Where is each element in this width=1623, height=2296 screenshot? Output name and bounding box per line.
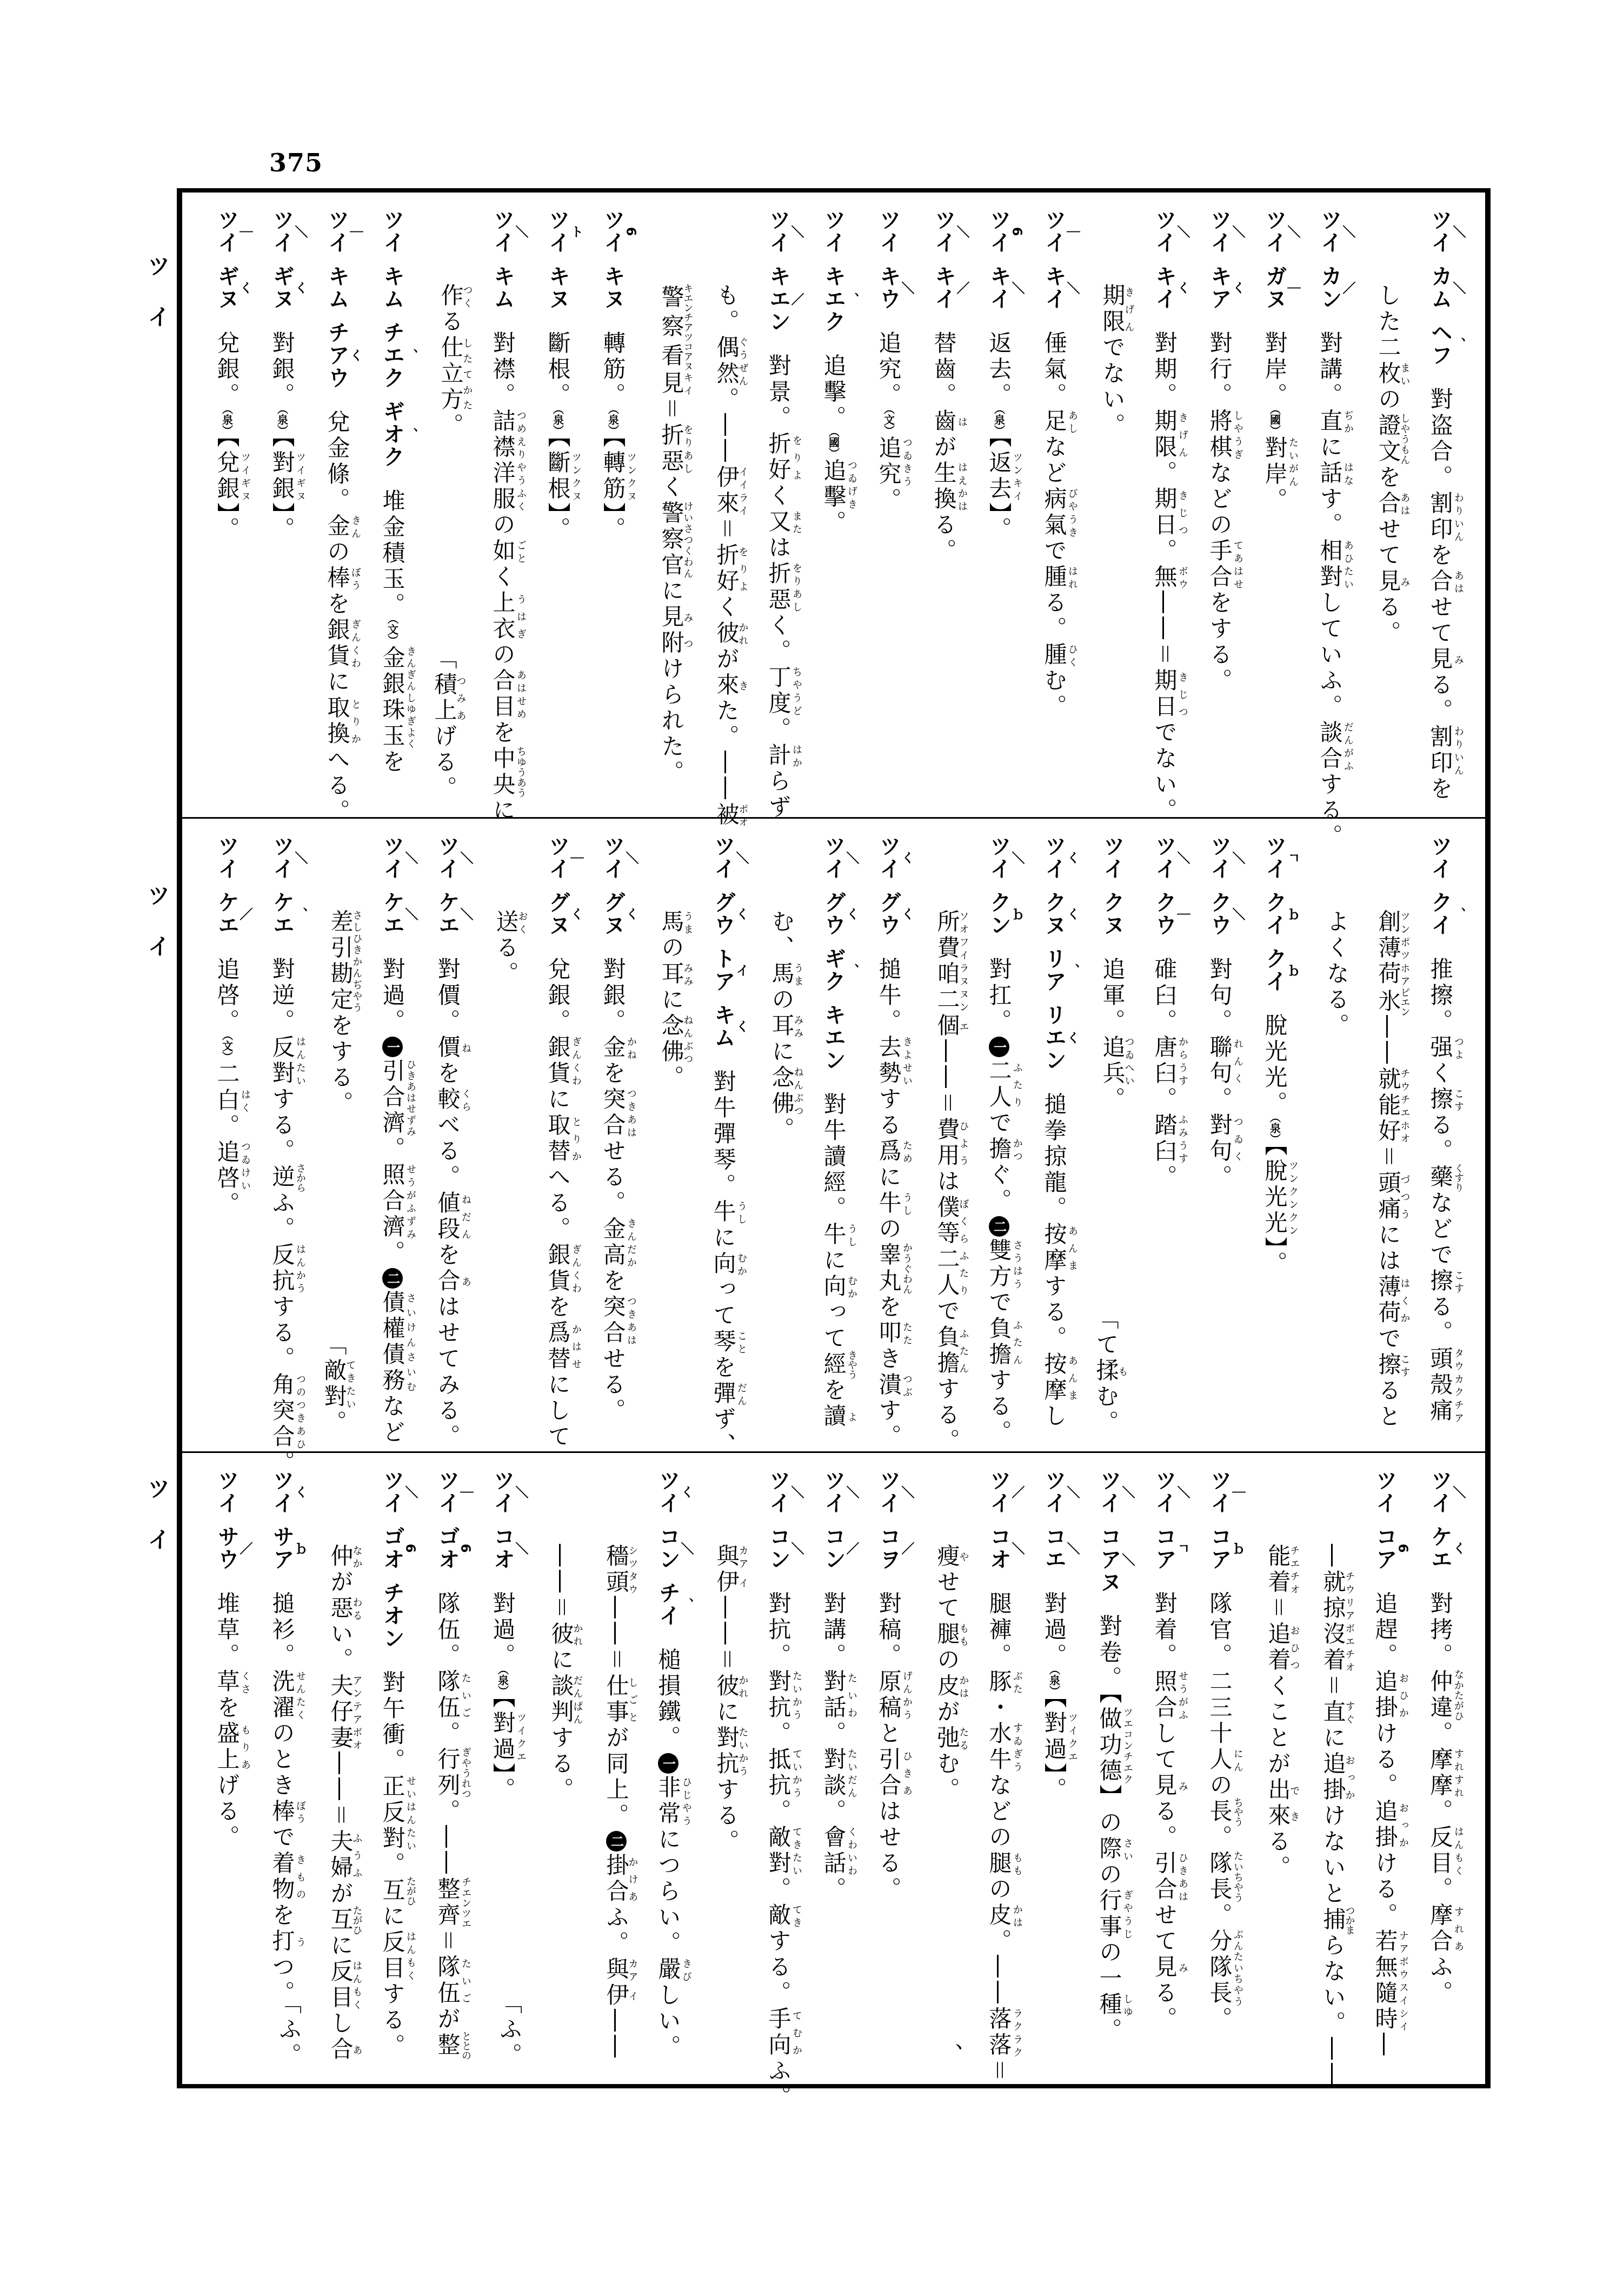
headword-syllable: ツイ｜ bbox=[215, 209, 240, 254]
definition: 期限きげんでない。 bbox=[1100, 283, 1126, 439]
furigana-word: 擦こす bbox=[1375, 1352, 1402, 1378]
tone-mark: 6 bbox=[403, 1525, 418, 1571]
headword-syllable: コン＼ bbox=[766, 1525, 791, 1571]
ruby-base: 向 bbox=[821, 1274, 847, 1300]
ruby-base: 折好 bbox=[766, 432, 792, 483]
furigana-reading: せんたく bbox=[295, 1669, 306, 1721]
furigana-reading: うし bbox=[846, 1222, 857, 1248]
furigana-word: 仔テア bbox=[328, 1700, 354, 1726]
ruby-base: 腿 bbox=[986, 1851, 1013, 1877]
definition-text: 兌銀。 bbox=[545, 957, 571, 1035]
definition-text: を bbox=[600, 1061, 627, 1087]
tone-mark: ／ bbox=[899, 1525, 914, 1571]
furigana-word: 弛たる bbox=[934, 1726, 961, 1751]
definition-text: で bbox=[934, 1299, 961, 1325]
definition-text: ――＝ bbox=[548, 1544, 575, 1622]
headword-syllable: ガヌ｜ bbox=[1262, 265, 1287, 310]
headword-kana: ツイ bbox=[270, 1469, 295, 1515]
furigana-word: 期日きじつ bbox=[1152, 487, 1178, 539]
furigana-word: 無ボウ bbox=[1372, 1955, 1399, 1981]
ruby-base: 取換 bbox=[324, 695, 351, 747]
definition-text: を bbox=[1375, 465, 1402, 491]
ruby-base: 彼 bbox=[714, 1674, 740, 1700]
tone-mark: ／ bbox=[1340, 265, 1355, 310]
definition-text: 【 bbox=[214, 436, 241, 450]
headword: ツイ＼コアㄱ bbox=[1152, 1469, 1177, 1571]
ruby-base: 仲 bbox=[328, 1544, 354, 1570]
ruby-base: 見 bbox=[1375, 569, 1402, 595]
ruby-base: 折好 bbox=[714, 543, 740, 595]
definition: 送おくる。 bbox=[493, 910, 520, 987]
definition-text: の bbox=[986, 1877, 1013, 1903]
definition-text: の bbox=[1375, 387, 1402, 413]
continuation-line: も。偶然ぐうぜん。――伊來イイライ＝折好をりよく彼かれが來きた。――被ポオ bbox=[693, 193, 748, 817]
tone-mark: ｜ bbox=[458, 1469, 473, 1515]
tone-mark: 6 bbox=[1395, 1525, 1411, 1571]
headword-syllable: キム bbox=[325, 265, 350, 310]
headword-syllable: コオ＼ bbox=[987, 1525, 1012, 1571]
headword-syllable: ツイ＼ bbox=[1207, 835, 1232, 880]
ruby-base: 折惡 bbox=[658, 423, 685, 475]
definition-text: が bbox=[931, 435, 957, 461]
ruby-base: 生換 bbox=[931, 461, 957, 513]
furigana-reading: ふみうす bbox=[1177, 1113, 1188, 1165]
furigana-word: 債權債務さいけんさいむ bbox=[380, 1290, 406, 1394]
furigana-word: 念佛ねんぶつ bbox=[658, 1013, 685, 1065]
ruby-base: 種 bbox=[1096, 1992, 1123, 2018]
definition: 警キエン察チアツ看コアヌ見キイ＝折惡をりあしく警察官けいさつくわんに見附みつけら… bbox=[658, 283, 685, 786]
headword-kana: ツイ bbox=[215, 1469, 240, 1515]
headword-syllable: グヌく bbox=[601, 891, 626, 937]
definition-text: 追趕。 bbox=[1372, 1591, 1399, 1669]
furigana-reading: せうがふ bbox=[1177, 1669, 1188, 1721]
tone-mark: く bbox=[1451, 1525, 1466, 1571]
headword-kana: ゴオ bbox=[435, 1525, 460, 1571]
ruby-base: 落落 bbox=[986, 2007, 1013, 2059]
furigana-word: 逆さから bbox=[269, 1165, 296, 1191]
furigana-reading: つきあは bbox=[626, 1295, 637, 1346]
definition-text: などで bbox=[1427, 1191, 1454, 1269]
definition-text: に bbox=[714, 1700, 740, 1726]
ruby-base: 正反對 bbox=[380, 1774, 406, 1852]
definition-text: は bbox=[934, 1169, 961, 1195]
furigana-word: 擦こす bbox=[1427, 1269, 1454, 1295]
furigana-word: 彼かれ bbox=[548, 1622, 575, 1648]
ruby-base: 着 bbox=[1265, 1570, 1292, 1596]
definition-text: ふ。 bbox=[269, 1191, 296, 1243]
headword-kana: チオン bbox=[380, 1582, 405, 1650]
definition: 對逆。反對はんたいする。逆さからふ。反抗はんかうする。角突合つのつきあひ。 bbox=[269, 957, 296, 1476]
headword-kana: ツイ bbox=[380, 835, 405, 880]
definition-text: 對講。 bbox=[1317, 331, 1343, 409]
definition-text: 對銀。 bbox=[269, 331, 296, 409]
definition-text: 。 bbox=[1100, 1087, 1126, 1113]
furigana-reading: あし bbox=[1067, 409, 1078, 435]
furigana-word: 捕つかま bbox=[1320, 1907, 1347, 1933]
ruby-base: 擦 bbox=[1427, 1269, 1454, 1295]
definition-text: ――＝ bbox=[1152, 590, 1178, 668]
headword-kana: ケエ bbox=[1428, 1525, 1453, 1571]
furigana-word: 馬うま bbox=[769, 961, 795, 987]
furigana-reading: クン bbox=[1287, 1211, 1299, 1237]
ruby-base: 無 bbox=[1152, 565, 1178, 590]
dictionary-entry: ツイコア6追趕。追掛おひかける。追掛おっかける。若ナア無ボウ隨スイ時シイ― bbox=[1354, 1453, 1409, 2084]
headword-syllable: ツイ｜ bbox=[1042, 209, 1067, 254]
tone-mark: ＼ bbox=[458, 835, 473, 880]
furigana-reading: ポツ bbox=[1399, 935, 1411, 961]
tone-mark: く bbox=[1065, 1004, 1080, 1072]
definition-text: 搥拳掠龍。 bbox=[1041, 1092, 1068, 1222]
furigana-word: 叩たた bbox=[876, 1320, 902, 1346]
tone-mark: く bbox=[734, 891, 749, 937]
tone-mark: ＼ bbox=[789, 1525, 804, 1571]
definition: 搥拳掠龍。按摩あんまする。按摩あんまし bbox=[1041, 1092, 1068, 1430]
furigana-word: 僕等ぼくら bbox=[934, 1195, 961, 1247]
ruby-base: 馬 bbox=[658, 910, 685, 935]
furigana-word: 割印わりいん bbox=[1427, 491, 1454, 543]
headword-kana: ツイ bbox=[1207, 835, 1232, 880]
tone-mark: ＼ bbox=[1175, 209, 1190, 254]
headword-kana: キイ bbox=[932, 265, 956, 310]
definition-text: ＝ bbox=[1320, 1674, 1347, 1700]
furigana-word: 對岸たいがん bbox=[1262, 436, 1288, 488]
furigana-word: 睾丸かうぐわん bbox=[876, 1243, 902, 1295]
definition-text: 對盗合。 bbox=[1427, 387, 1454, 491]
definition-text: げる。 bbox=[214, 1773, 241, 1851]
definition-text: ＝ bbox=[435, 1929, 461, 1955]
furigana-reading: ぎやうじ bbox=[1122, 1888, 1133, 1940]
furigana-reading: ちやうど bbox=[791, 665, 802, 717]
tone-mark: ｂ bbox=[292, 1525, 308, 1571]
furigana-reading: なか bbox=[351, 1544, 363, 1570]
furigana-reading: せうがふずみ bbox=[405, 1163, 416, 1240]
definition-text: ぐ。 bbox=[986, 1163, 1013, 1215]
furigana-reading: はれ bbox=[1067, 565, 1078, 590]
ruby-base: 送 bbox=[493, 910, 520, 935]
definition: 對講。對話たいわ。對談たいだん。會話くわいわ。 bbox=[821, 1591, 847, 1903]
definition: 對襟。詰襟洋服つめえりやうふくの如ごとく上衣うはぎの合目あはせめを中央ちゆうあう… bbox=[490, 331, 516, 824]
furigana-reading: ツン bbox=[1399, 910, 1411, 935]
definition: 對過。（泉）【對過ツイクエ】。 bbox=[490, 1591, 516, 1803]
tone-mark: ＼ bbox=[734, 835, 749, 880]
tone-mark: ＼ bbox=[1285, 209, 1300, 254]
headword-kana: ギヌ bbox=[215, 265, 240, 310]
dictionary-entry: ツイ＼キム對襟。詰襟洋服つめえりやうふくの如ごとく上衣うはぎの合目あはせめを中央… bbox=[472, 193, 527, 817]
ruby-base: 突合 bbox=[600, 1087, 627, 1139]
tone-mark: ＼ bbox=[292, 835, 308, 880]
headword-syllable: ギヌく bbox=[215, 265, 240, 310]
definition-text: する。 bbox=[766, 1929, 792, 2007]
tone-mark: ＼ bbox=[789, 209, 804, 254]
dictionary-entry: ツイ＼キアく對行。將棋しやうぎなどの手合てあはせをする。 bbox=[1189, 193, 1244, 817]
furigana-reading: あ bbox=[460, 1269, 471, 1295]
furigana-reading: キエン bbox=[682, 283, 694, 313]
dialect-tag: （文） bbox=[221, 1035, 234, 1062]
tone-mark: ト bbox=[568, 209, 583, 254]
headword-syllable: キイ＼ bbox=[1042, 265, 1067, 310]
dialect-tag: （國） bbox=[827, 432, 840, 459]
headword-kana: トア bbox=[711, 947, 736, 993]
definition-text: の bbox=[769, 987, 795, 1013]
headword: ツイ＼ゴオ6チオン bbox=[380, 1469, 405, 1650]
dictionary-entry: ツイㄱクイｂクイｂ脫光光。（泉）【脫ツン光クン光クン】。 bbox=[1244, 819, 1299, 1451]
tone-mark: 、 bbox=[679, 1582, 694, 1627]
definition-text: 。 bbox=[1096, 2018, 1123, 2044]
dictionary-entry: ツイくサアｂ搥衫。洗濯せんたくのとき棒ぼうで着物きものを打うつ。「ふ。 bbox=[251, 1453, 307, 2084]
tone-mark: ＼ bbox=[513, 1469, 528, 1515]
headword-syllable: ツイ＼ bbox=[490, 209, 515, 254]
furigana-word: 取換とりか bbox=[324, 695, 351, 747]
definition-text: る。 bbox=[1427, 1295, 1454, 1346]
overflow-tail: 「ふ。 bbox=[277, 1991, 300, 2069]
furigana-word: 與カア bbox=[603, 1957, 630, 1983]
definition: 對着。照合せうがふして見みる。引合ひきあはせて見みる。 bbox=[1152, 1591, 1178, 2033]
furigana-word: 長ちやう bbox=[1207, 1799, 1233, 1825]
definition: ―就チウ掠リア沒ボエ着チオ＝直すぐに追掛おっかけないと捕つかまらない。―― bbox=[1320, 1544, 1347, 2089]
furigana-reading: きよせい bbox=[901, 1035, 913, 1087]
definition-text: って bbox=[821, 1300, 847, 1352]
ruby-base: 腿 bbox=[934, 1622, 961, 1648]
definition-text: の bbox=[1096, 1862, 1123, 1888]
headword: ツイくグウく bbox=[876, 835, 901, 937]
furigana-word: 時シイ bbox=[1372, 2007, 1399, 2033]
definition: よくなる。 bbox=[1323, 910, 1350, 1039]
tone-mark: 6 bbox=[623, 209, 638, 254]
definition-text: 】。 bbox=[986, 502, 1013, 543]
dictionary-entry: ツイ＼カン／對講。直ぢかに話はなす。相對あひたいしていふ。談合だんがふする。 bbox=[1299, 193, 1354, 817]
definition-text: を bbox=[435, 1243, 461, 1269]
continuation-line: 仲なかが惡わるい。夫アン仔テア妻ボオ――＝夫婦ふうふが互たがひに反目はんもくし合… bbox=[307, 1453, 362, 2084]
definition: 返去。（泉）【返去ツンキイ】。 bbox=[986, 331, 1013, 543]
headword-kana: クウ bbox=[1207, 891, 1232, 937]
definition-text: ――＝ bbox=[934, 1039, 961, 1117]
definition-text: を bbox=[710, 1355, 737, 1381]
definition-text: 】。 bbox=[1041, 1763, 1068, 1803]
furigana-reading: はか bbox=[791, 743, 802, 769]
furigana-word: 按摩あんま bbox=[1041, 1222, 1068, 1274]
ruby-base: 期日 bbox=[1152, 668, 1178, 720]
furigana-reading: シツ bbox=[627, 1544, 638, 1570]
definition: 轉筋。（泉）【轉筋ツンクヌ】。 bbox=[600, 331, 627, 543]
tone-mark: ｜ bbox=[348, 209, 363, 254]
ruby-base: 彈 bbox=[710, 1381, 737, 1407]
ruby-base: 合目 bbox=[490, 668, 516, 720]
furigana-reading: あひたい bbox=[1342, 539, 1354, 590]
definition: 對岸。（國）對岸たいがん。 bbox=[1262, 331, 1288, 514]
definition-text: 。 bbox=[821, 510, 847, 536]
definition-text: 搥衫。 bbox=[269, 1591, 296, 1669]
furigana-reading: れんく bbox=[1232, 1035, 1243, 1087]
ruby-base: 較 bbox=[435, 1087, 461, 1113]
tone-mark: く bbox=[679, 1469, 694, 1515]
furigana-reading: イイライ bbox=[737, 465, 749, 517]
headword: ツイ｜ゴオ6 bbox=[435, 1469, 460, 1571]
dictionary-entry: ツイ＼ケエ＼對價。價ねを較くらべる。値段ねだんを合あはせてみる。 bbox=[417, 819, 472, 1451]
definition-text: 轉筋。 bbox=[600, 331, 627, 409]
furigana-reading: ボウ bbox=[1177, 565, 1188, 590]
headword-syllable: ツイ＼ bbox=[435, 835, 460, 880]
definition-text: などの bbox=[1207, 461, 1233, 539]
furigana-reading: あは bbox=[1399, 491, 1411, 517]
furigana-word: 擦こす bbox=[1427, 1087, 1454, 1113]
furigana-reading: さうはう bbox=[1012, 1238, 1023, 1290]
furigana-word: 照合せうがふ bbox=[1152, 1669, 1178, 1721]
furigana-word: 取替とりか bbox=[545, 1113, 571, 1165]
ruby-base: 睾丸 bbox=[876, 1243, 902, 1295]
headword-kana: サウ bbox=[215, 1525, 240, 1571]
ruby-base: 銀貨 bbox=[324, 618, 351, 669]
headword-syllable: ツイ＼ bbox=[711, 835, 736, 880]
headword: ツイ｜ギヌく bbox=[215, 209, 240, 310]
ruby-base: 値段 bbox=[435, 1191, 461, 1243]
furigana-word: 能チエ bbox=[1265, 1544, 1292, 1570]
furigana-reading: たいちやう bbox=[1232, 1851, 1243, 1903]
side-index-label: ツイ bbox=[143, 254, 172, 356]
furigana-word: 照合濟せうがふずみ bbox=[380, 1163, 406, 1240]
ruby-base: 負擔 bbox=[934, 1325, 961, 1377]
furigana-word: 强つよ bbox=[1427, 1035, 1454, 1061]
headword-syllable: ツイ6 bbox=[987, 209, 1012, 254]
headword-kana: コン bbox=[766, 1525, 791, 1571]
headword-syllable: ツイ＼ bbox=[270, 835, 295, 880]
definition-text: も。 bbox=[714, 283, 740, 335]
ruby-base: 反抗 bbox=[269, 1243, 296, 1295]
furigana-reading: ちやう bbox=[1232, 1797, 1243, 1827]
headword-kana: チイ bbox=[656, 1582, 681, 1627]
furigana-word: 追兵つゐへい bbox=[1100, 1035, 1126, 1087]
furigana-reading: うし bbox=[736, 1199, 747, 1225]
definition-text: す。 bbox=[876, 1398, 902, 1450]
definition-text: 、 bbox=[937, 2043, 964, 2069]
furigana-reading: チエ bbox=[1399, 1093, 1411, 1119]
headword-syllable: キアく bbox=[1207, 265, 1232, 310]
headword-kana: ケエ bbox=[435, 891, 460, 937]
definition-text: に bbox=[548, 1648, 575, 1674]
definition-text: ると bbox=[1375, 1378, 1402, 1430]
furigana-reading: カア bbox=[627, 1957, 638, 1983]
definition-text: 。 bbox=[821, 1799, 847, 1825]
definition-text: 】。 bbox=[269, 502, 296, 543]
ruby-base: 引合濟 bbox=[380, 1059, 406, 1137]
headword: ツイキウ＼ bbox=[876, 209, 901, 310]
side-index-label: ツイ bbox=[143, 1477, 172, 1578]
furigana-word: 痛チア bbox=[1427, 1398, 1454, 1424]
definition-text: 。 bbox=[1207, 2007, 1233, 2033]
definition-text: 對岸。 bbox=[1262, 331, 1288, 409]
definition: 兌銀。（泉）【兌銀ツイギヌ】。 bbox=[214, 331, 241, 543]
headword-syllable: コアㄱ bbox=[1152, 1525, 1177, 1571]
tone-mark: ＼ bbox=[292, 209, 308, 254]
definition-text: の bbox=[876, 1217, 902, 1243]
furigana-reading: チエ bbox=[1289, 1544, 1300, 1570]
furigana-reading: こす bbox=[1453, 1269, 1464, 1295]
furigana-reading: ツンクヌ bbox=[570, 450, 582, 502]
furigana-word: 腫ひく bbox=[1041, 642, 1068, 668]
ruby-base: 割印 bbox=[1427, 491, 1454, 543]
ruby-base: 折惡 bbox=[766, 561, 792, 613]
tone-mark: く bbox=[568, 891, 583, 937]
headword-syllable: ツイ＼ bbox=[821, 1469, 846, 1515]
furigana-word: 斷根ツンクヌ bbox=[545, 450, 571, 502]
definition-text: 對扛。 bbox=[986, 957, 1013, 1035]
furigana-reading: カア bbox=[737, 1544, 749, 1570]
headword-syllable: ツイ＼ bbox=[1097, 1469, 1122, 1515]
headword-syllable: トアイ bbox=[711, 947, 736, 993]
ruby-base: 夫婦 bbox=[328, 1829, 354, 1881]
headword: ツイキエク、 bbox=[821, 209, 846, 333]
ruby-base: 就 bbox=[1375, 1067, 1402, 1093]
headword: ツイ／コオ＼ bbox=[987, 1469, 1012, 1571]
definition: 對銀。（泉）【對銀ツイギヌ】。 bbox=[269, 331, 296, 543]
ruby-base: 價 bbox=[435, 1035, 461, 1061]
furigana-word: 創ツン bbox=[1375, 910, 1402, 935]
ruby-base: 手合 bbox=[1207, 539, 1233, 590]
furigana-reading: つきあは bbox=[626, 1087, 637, 1139]
definition-text: る。 bbox=[1152, 1981, 1178, 2033]
ruby-base: 與 bbox=[714, 1544, 740, 1570]
furigana-reading: けいさつくわん bbox=[682, 501, 694, 579]
furigana-word: 瘦や bbox=[934, 1544, 961, 1570]
headword-kana: ツイ bbox=[821, 1469, 846, 1515]
furigana-reading: ひく bbox=[1067, 642, 1078, 668]
furigana-reading: きんぎんしゆぎよく bbox=[405, 646, 416, 749]
furigana-word: 做功德ツエコンチエク bbox=[1096, 1707, 1123, 1784]
ruby-base: 出來 bbox=[1265, 1777, 1292, 1829]
definition: 對景。折好をりよく又または折惡をりあしく。丁度ちやうど。計はからず bbox=[766, 354, 792, 821]
headword-kana: ヘフ bbox=[1428, 321, 1453, 367]
furigana-reading: ツンキイ bbox=[1012, 450, 1023, 502]
furigana-reading: つみあ bbox=[455, 672, 467, 724]
dialect-tag: （泉） bbox=[496, 1669, 509, 1696]
definition-text: る。 bbox=[1375, 595, 1402, 647]
tone-mark: ｜ bbox=[1230, 1469, 1245, 1515]
furigana-reading: たがひ bbox=[405, 1876, 416, 1906]
tone-mark: く bbox=[899, 835, 914, 880]
definition: 兌金條。金きんの棒ぼうを銀貨ぎんくわに取換とりかへる。 bbox=[324, 410, 351, 825]
furigana-reading: たいだん bbox=[846, 1747, 857, 1799]
headword-kana: グウ bbox=[821, 891, 846, 937]
headword: ツイ｜グヌく bbox=[546, 835, 570, 937]
ruby-base: 追究 bbox=[876, 436, 902, 488]
overflow-tail: 「敵對てきたい。 bbox=[323, 1332, 356, 1436]
dictionary-entry: ツイケエ／追啓。（文）二白はく。追啓つゐけい。 bbox=[196, 819, 251, 1451]
ruby-base: 病氣 bbox=[1041, 487, 1068, 539]
definition-text: でない。 bbox=[1152, 720, 1178, 824]
definition-text: につらい。 bbox=[655, 1827, 682, 1957]
furigana-word: 棒ぼう bbox=[324, 566, 351, 592]
headword-syllable: コアｂ bbox=[1207, 1525, 1232, 1571]
definition: 對盗合。割印わりいんを合あはせて見みる。割印わりいんを bbox=[1427, 387, 1454, 802]
headword-kana: ツイ bbox=[1262, 835, 1287, 880]
definition-text: ―― bbox=[603, 2009, 630, 2061]
definition-text: の bbox=[490, 642, 516, 668]
furigana-reading: たいご bbox=[460, 1955, 471, 2007]
headword-syllable: サアｂ bbox=[270, 1525, 295, 1571]
definition: 仲なかが惡わるい。夫アン仔テア妻ボオ――＝夫婦ふうふが互たがひに反目はんもくし合… bbox=[328, 1544, 354, 2063]
definition-text: せて bbox=[1375, 517, 1402, 569]
tone-mark: ／ bbox=[237, 891, 252, 937]
ruby-base: 按摩 bbox=[1041, 1222, 1068, 1274]
headword-kana: グヌ bbox=[546, 891, 570, 937]
definition: 所ソオ費フイ咱ラヌ二ヌン個エ――＝費用ひようは僕等ぼくら二人ふたりで負擔ふたんす… bbox=[934, 910, 961, 1455]
furigana-word: 談判だんぱん bbox=[548, 1674, 575, 1726]
furigana-reading: てあはせ bbox=[1232, 539, 1243, 590]
headword-kana: ツイ bbox=[215, 835, 240, 880]
furigana-reading: は bbox=[956, 409, 968, 435]
headword-kana: ツイ bbox=[325, 209, 350, 254]
furigana-word: 期限きげん bbox=[1100, 283, 1126, 335]
ruby-base: 見 bbox=[658, 371, 685, 397]
